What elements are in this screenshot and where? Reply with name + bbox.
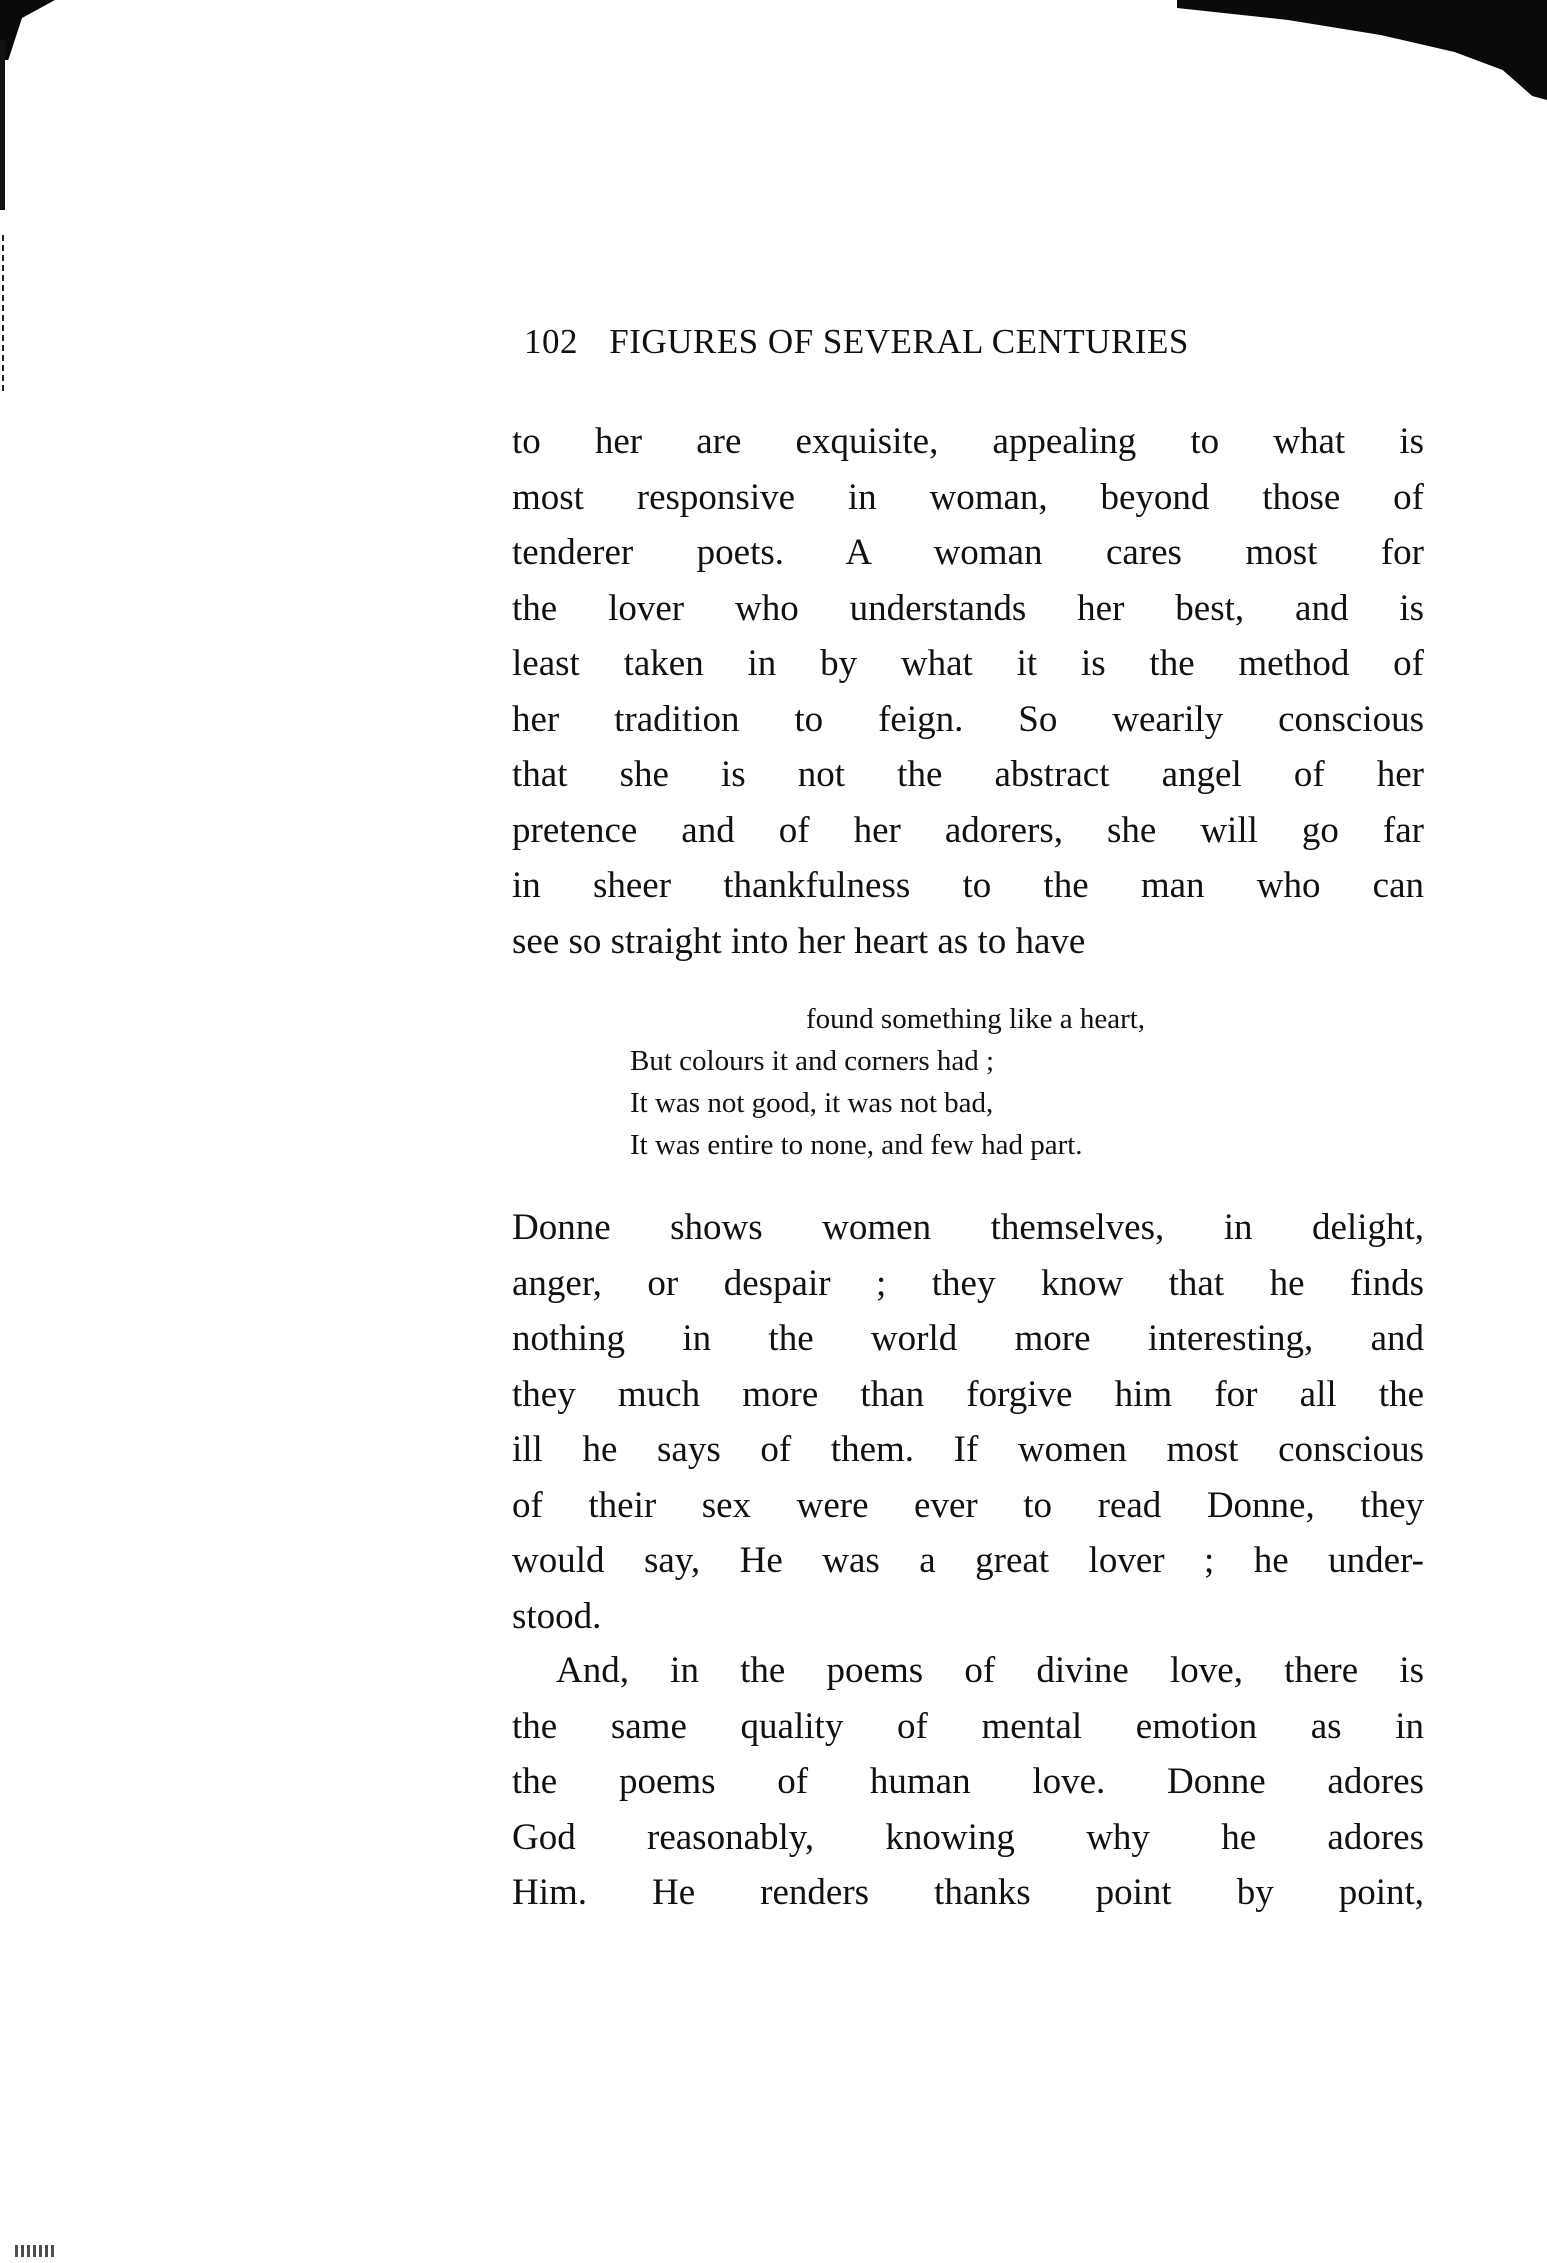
scan-shadow-top-right — [1177, 0, 1547, 100]
running-title: FIGURES OF SEVERAL CENTURIES — [609, 322, 1189, 361]
paragraph-1: to her are exquisite, appealing to what … — [512, 414, 1424, 969]
text-line: Donne shows women themselves, in delight… — [512, 1200, 1424, 1256]
poem-line: It was not good, it was not bad, — [630, 1082, 1145, 1124]
text-line: pretence and of her adorers, she will go… — [512, 803, 1424, 859]
text-line: they much more than forgive him for all … — [512, 1367, 1424, 1423]
poem-line: It was entire to none, and few had part. — [630, 1124, 1145, 1166]
text-line: nothing in the world more interesting, a… — [512, 1311, 1424, 1367]
text-line: see so straight into her heart as to hav… — [512, 914, 1424, 970]
text-line: God reasonably, knowing why he adores — [512, 1810, 1424, 1866]
poem-line: But colours it and corners had ; — [630, 1040, 1145, 1082]
scan-speckle-bottom-left — [15, 2245, 55, 2257]
poem-quotation: found something like a heart, But colour… — [630, 998, 1145, 1166]
scan-edge-left-dotted — [2, 235, 4, 395]
page-number: 102 — [524, 322, 578, 361]
paragraph-3: And, in the poems of divine love, there … — [512, 1643, 1424, 1921]
text-line: the poems of human love. Donne adores — [512, 1754, 1424, 1810]
paragraph-2: Donne shows women themselves, in delight… — [512, 1200, 1424, 1644]
text-line: stood. — [512, 1589, 1424, 1645]
text-line: her tradition to feign. So wearily consc… — [512, 692, 1424, 748]
running-head: 102 FIGURES OF SEVERAL CENTURIES — [524, 322, 1424, 362]
text-line: ill he says of them. If women most consc… — [512, 1422, 1424, 1478]
text-line: would say, He was a great lover ; he und… — [512, 1533, 1424, 1589]
text-line: that she is not the abstract angel of he… — [512, 747, 1424, 803]
text-line: the lover who understands her best, and … — [512, 581, 1424, 637]
scan-edge-left — [0, 40, 5, 210]
text-line: And, in the poems of divine love, there … — [512, 1643, 1424, 1699]
text-line: anger, or despair ; they know that he fi… — [512, 1256, 1424, 1312]
text-line: tenderer poets. A woman cares most for — [512, 525, 1424, 581]
poem-line: found something like a heart, — [630, 998, 1145, 1040]
text-line: Him. He renders thanks point by point, — [512, 1865, 1424, 1921]
text-line: the same quality of mental emotion as in — [512, 1699, 1424, 1755]
text-line: most responsive in woman, beyond those o… — [512, 470, 1424, 526]
text-line: of their sex were ever to read Donne, th… — [512, 1478, 1424, 1534]
text-line: to her are exquisite, appealing to what … — [512, 414, 1424, 470]
scan-shadow-top-left — [0, 0, 55, 60]
text-line: least taken in by what it is the method … — [512, 636, 1424, 692]
text-line: in sheer thankfulness to the man who can — [512, 858, 1424, 914]
